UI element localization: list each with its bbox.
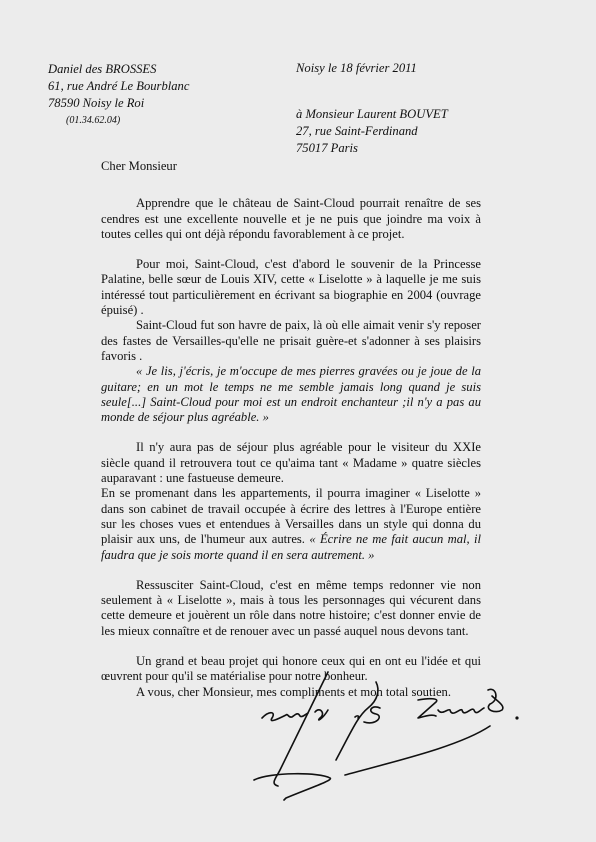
sender-street: 61, rue André Le Bourblanc [48,78,189,95]
sender-phone: (01.34.62.04) [48,112,189,129]
letter-body: Cher Monsieur Apprendre que le château d… [101,159,481,700]
sender-city: 78590 Noisy le Roi [48,95,189,112]
recipient-name: à Monsieur Laurent BOUVET [296,106,448,123]
paragraph-1: Apprendre que le château de Saint-Cloud … [101,196,481,242]
signature-icon [240,660,540,805]
paragraph-3: Saint-Cloud fut son havre de paix, là où… [101,318,481,364]
paragraph-7: Ressusciter Saint-Cloud, c'est en même t… [101,578,481,639]
paragraph-2: Pour moi, Saint-Cloud, c'est d'abord le … [101,257,481,318]
paragraph-quote-1: « Je lis, j'écris, je m'occupe de mes pi… [101,364,481,425]
sender-address: Daniel des BROSSES 61, rue André Le Bour… [48,61,189,129]
salutation: Cher Monsieur [101,159,481,174]
recipient-city: 75017 Paris [296,140,448,157]
letter-date: Noisy le 18 février 2011 [296,61,417,76]
sender-name: Daniel des BROSSES [48,61,189,78]
paragraph-6: En se promenant dans les appartements, i… [101,486,481,562]
paragraph-5: Il n'y aura pas de séjour plus agréable … [101,440,481,486]
recipient-address: à Monsieur Laurent BOUVET 27, rue Saint-… [296,106,448,157]
recipient-street: 27, rue Saint-Ferdinand [296,123,448,140]
